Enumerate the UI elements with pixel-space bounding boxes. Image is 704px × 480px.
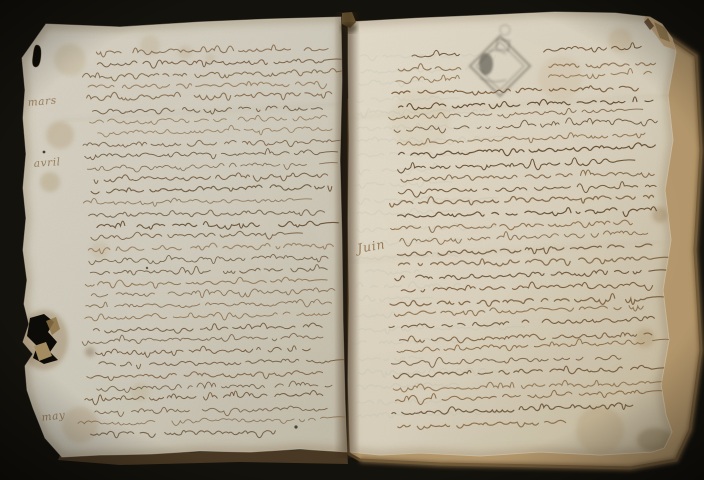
manuscript-scene: mars avril may Juin [0,0,704,480]
manuscript-photo: mars avril may Juin [0,0,704,480]
vignette [0,0,704,480]
